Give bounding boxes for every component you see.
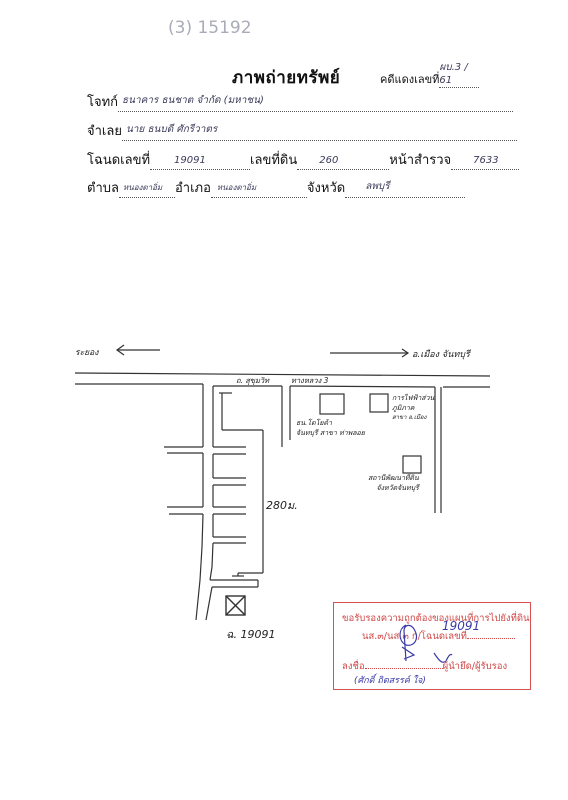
landmark-bank-box [320, 394, 344, 414]
landmark-electricity-box [370, 394, 388, 412]
landmark-land-office-box [403, 456, 421, 473]
distance-label: 280ม. [266, 496, 298, 514]
direction-right-label: อ.เมือง จันทบุรี [412, 347, 470, 361]
highway-label: ทางหลวง 3 [291, 375, 328, 387]
landmark-electricity-line1: การไฟฟ้าส่วน [392, 393, 434, 403]
landmark-bank-label: ธน.โตโยต้า จันทบุรี สาขา ท่าพลอย [296, 418, 365, 438]
landmark-electricity-line3: สาขา อ.เมือง [392, 413, 434, 423]
parcel-label: ฉ. 19091 [226, 625, 275, 643]
landmark-land-office-label: สถานีพัฒนาที่ดิน จังหวัดจันทบุรี [368, 473, 419, 493]
direction-left-label: ระยอง [75, 345, 98, 359]
road-name-label: ถ. สุขุมวิท [236, 375, 269, 387]
landmark-electricity-label: การไฟฟ้าส่วน ภูมิภาค สาขา อ.เมือง [392, 393, 434, 423]
stamp-signer-name: (ศักดิ์ ถิตสรรค์ ใจ) [354, 673, 426, 687]
stamp-sign-prefix: ลงชื่อ [342, 661, 365, 672]
stamp-line-3: ลงชื่อผู้นำยึด/ผู้รับรอง [342, 659, 507, 674]
landmark-electricity-line2: ภูมิภาค [392, 403, 434, 413]
certification-stamp: ขอรับรองความถูกต้องของแผนที่การไปยังที่ด… [333, 602, 531, 690]
landmark-land-office-line1: สถานีพัฒนาที่ดิน [368, 473, 419, 483]
landmark-bank-line2: จันทบุรี สาขา ท่าพลอย [296, 428, 365, 438]
landmark-land-office-line2: จังหวัดจันทบุรี [368, 483, 419, 493]
stamp-sign-suffix: ผู้นำยึด/ผู้รับรอง [443, 661, 507, 672]
landmark-bank-line1: ธน.โตโยต้า [296, 418, 365, 428]
main-road-top-edge [75, 373, 490, 376]
